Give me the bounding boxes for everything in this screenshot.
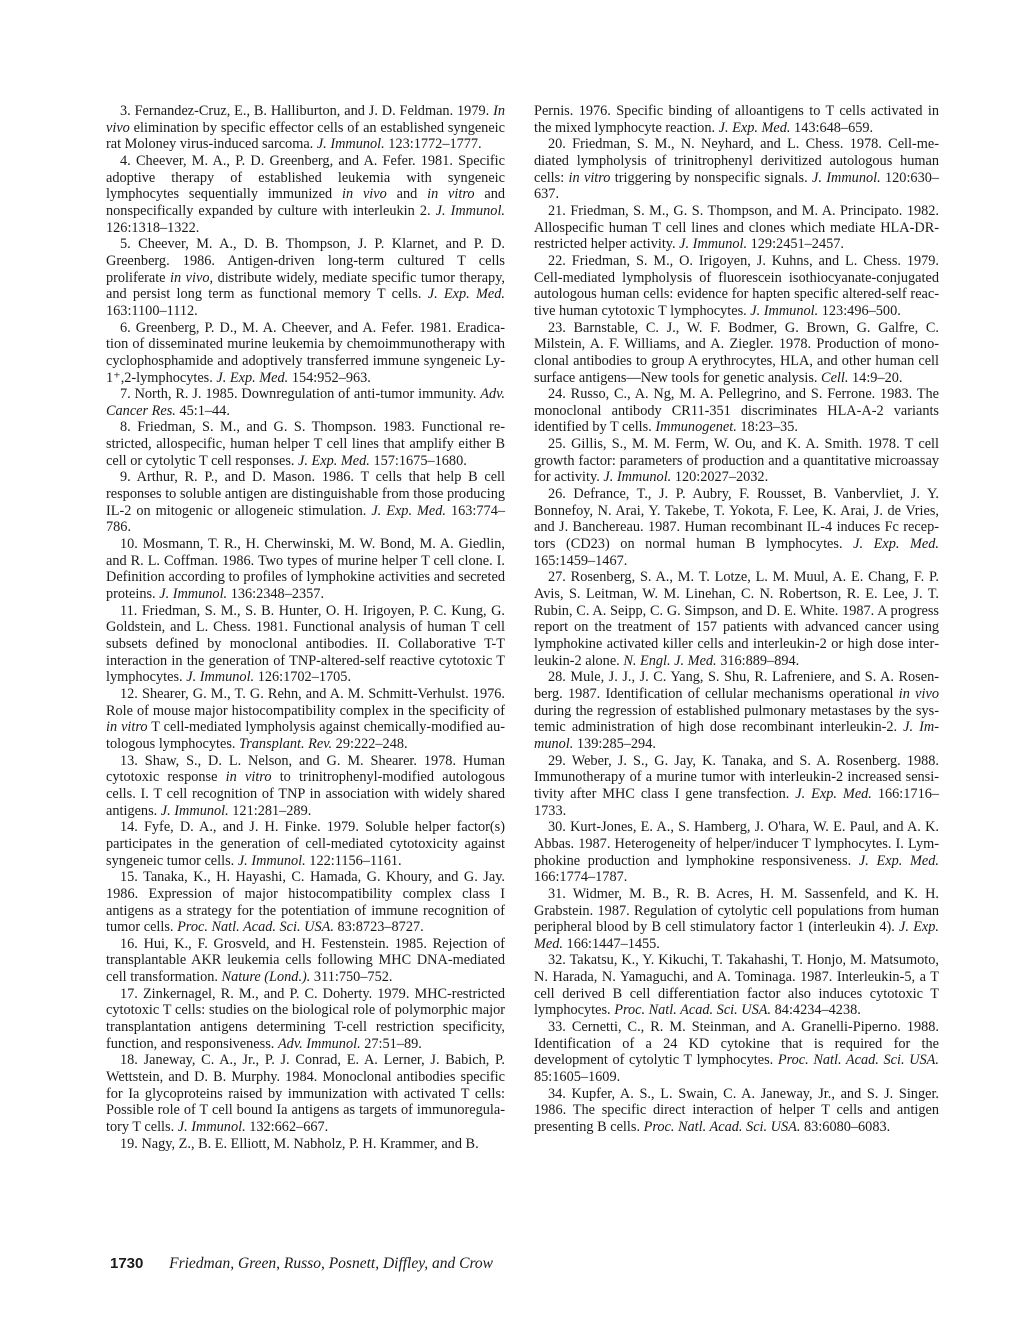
reference-25: 25. Gillis, S., M. M. Ferm, W. Ou, and K… bbox=[534, 436, 939, 486]
reference-22: 22. Friedman, S. M., O. Irigoyen, J. Kuh… bbox=[534, 253, 939, 320]
reference-11: 11. Friedman, S. M., S. B. Hunter, O. H.… bbox=[106, 603, 505, 686]
references-column-right: Pernis. 1976. Specific binding of alloan… bbox=[534, 103, 939, 1136]
reference-7: 7. North, R. J. 1985. Downregulation of … bbox=[106, 386, 505, 419]
reference-27: 27. Rosenberg, S. A., M. T. Lotze, L. M.… bbox=[534, 569, 939, 669]
reference-9: 9. Arthur, R. P., and D. Mason. 1986. T … bbox=[106, 469, 505, 536]
running-authors: Friedman, Green, Russo, Posnett, Diffley… bbox=[169, 1255, 493, 1272]
reference-17: 17. Zinkernagel, R. M., and P. C. Dohert… bbox=[106, 986, 505, 1053]
reference-19-cont: Pernis. 1976. Specific binding of alloan… bbox=[534, 103, 939, 136]
reference-28: 28. Mule, J. J., J. C. Yang, S. Shu, R. … bbox=[534, 669, 939, 752]
reference-26: 26. Defrance, T., J. P. Aubry, F. Rousse… bbox=[534, 486, 939, 569]
reference-12: 12. Shearer, G. M., T. G. Rehn, and A. M… bbox=[106, 686, 505, 753]
reference-8: 8. Friedman, S. M., and G. S. Thompson. … bbox=[106, 419, 505, 469]
reference-23: 23. Barnstable, C. J., W. F. Bodmer, G. … bbox=[534, 320, 939, 387]
reference-14: 14. Fyfe, D. A., and J. H. Finke. 1979. … bbox=[106, 819, 505, 869]
reference-13: 13. Shaw, S., D. L. Nelson, and G. M. Sh… bbox=[106, 753, 505, 820]
page-footer: 1730 Friedman, Green, Russo, Posnett, Di… bbox=[110, 1255, 493, 1273]
reference-5: 5. Cheever, M. A., D. B. Thompson, J. P.… bbox=[106, 236, 505, 319]
page-number: 1730 bbox=[110, 1255, 143, 1272]
reference-16: 16. Hui, K., F. Grosveld, and H. Festens… bbox=[106, 936, 505, 986]
reference-31: 31. Widmer, M. B., R. B. Acres, H. M. Sa… bbox=[534, 886, 939, 953]
reference-32: 32. Takatsu, K., Y. Kikuchi, T. Takahash… bbox=[534, 952, 939, 1019]
reference-29: 29. Weber, J. S., G. Jay, K. Tanaka, and… bbox=[534, 753, 939, 820]
reference-21: 21. Friedman, S. M., G. S. Thompson, and… bbox=[534, 203, 939, 253]
reference-34: 34. Kupfer, A. S., L. Swain, C. A. Janew… bbox=[534, 1086, 939, 1136]
reference-10: 10. Mosmann, T. R., H. Cherwinski, M. W.… bbox=[106, 536, 505, 603]
reference-6: 6. Greenberg, P. D., M. A. Cheever, and … bbox=[106, 320, 505, 387]
reference-4: 4. Cheever, M. A., P. D. Greenberg, and … bbox=[106, 153, 505, 236]
reference-15: 15. Tanaka, K., H. Hayashi, C. Hamada, G… bbox=[106, 869, 505, 936]
reference-19: 19. Nagy, Z., B. E. Elliott, M. Nabholz,… bbox=[106, 1136, 505, 1153]
reference-24: 24. Russo, C., A. Ng, M. A. Pellegrino, … bbox=[534, 386, 939, 436]
reference-18: 18. Janeway, C. A., Jr., P. J. Conrad, E… bbox=[106, 1052, 505, 1135]
reference-3: 3. Fernandez-Cruz, E., B. Halliburton, a… bbox=[106, 103, 505, 153]
reference-33: 33. Cernetti, C., R. M. Steinman, and A.… bbox=[534, 1019, 939, 1086]
reference-30: 30. Kurt-Jones, E. A., S. Hamberg, J. O'… bbox=[534, 819, 939, 886]
reference-20: 20. Friedman, S. M., N. Neyhard, and L. … bbox=[534, 136, 939, 203]
references-column-left: 3. Fernandez-Cruz, E., B. Halliburton, a… bbox=[106, 103, 505, 1152]
